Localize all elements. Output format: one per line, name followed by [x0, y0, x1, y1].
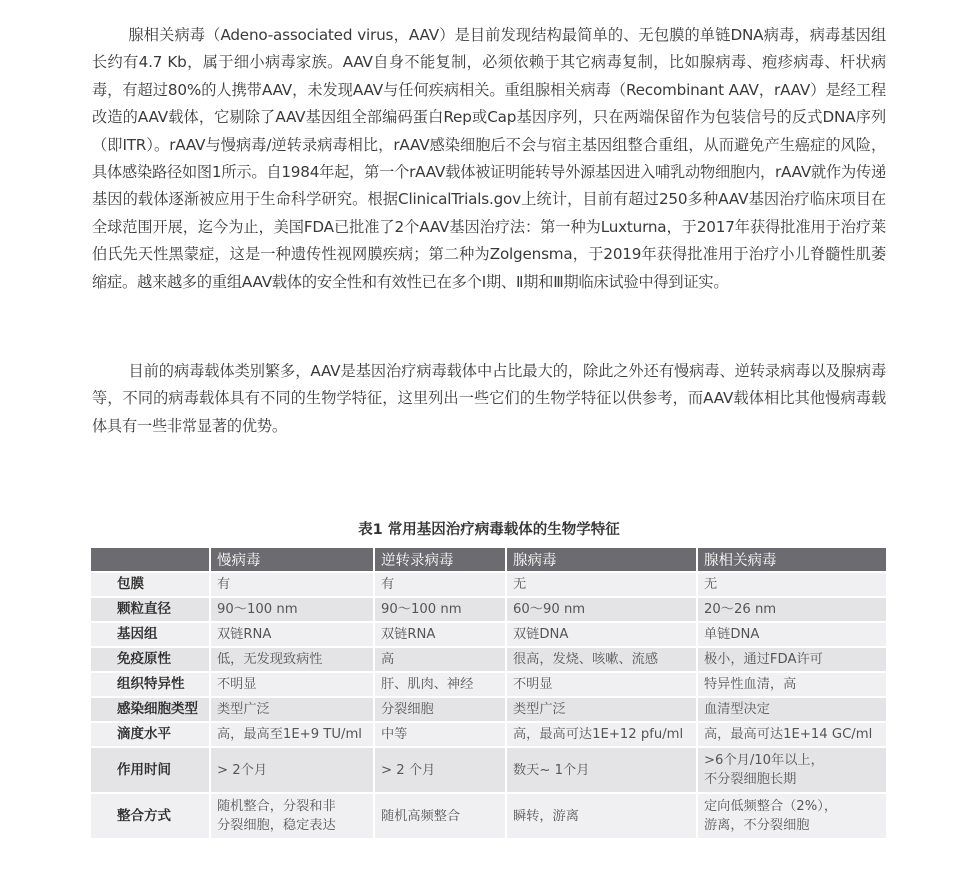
- table-cell: > 2个月: [211, 748, 375, 794]
- table-cell: 类型广泛: [211, 698, 375, 723]
- table-cell: 高，最高可达1E+14 GC/ml: [698, 723, 886, 748]
- header-aav: 腺相关病毒: [698, 548, 886, 573]
- table-cell: 中等: [375, 723, 507, 748]
- table-cell: 分裂细胞: [375, 698, 507, 723]
- table-cell: 有: [375, 573, 507, 598]
- table-cell: 60～90 nm: [507, 598, 698, 623]
- vector-comparison-table: 慢病毒 逆转录病毒 腺病毒 腺相关病毒 包膜 有 有 无 无 颗粒直径 90～1…: [91, 548, 886, 840]
- table-cell: 双链RNA: [211, 623, 375, 648]
- table-cell: 血清型决定: [698, 698, 886, 723]
- table-header-row: 慢病毒 逆转录病毒 腺病毒 腺相关病毒: [91, 548, 886, 573]
- table-cell: >6个月/10年以上， 不分裂细胞长期: [698, 748, 886, 794]
- table-cell: 单链DNA: [698, 623, 886, 648]
- row-label: 颗粒直径: [91, 598, 211, 623]
- table-row: 组织特异性 不明显 肝、肌肉、神经 不明显 特异性血清，高: [91, 673, 886, 698]
- table-row: 作用时间 > 2个月 > 2 个月 数天~ 1个月 >6个月/10年以上， 不分…: [91, 748, 886, 794]
- row-label: 感染细胞类型: [91, 698, 211, 723]
- table-cell: 20～26 nm: [698, 598, 886, 623]
- table-cell: 双链RNA: [375, 623, 507, 648]
- table-cell: 极小，通过FDA许可: [698, 648, 886, 673]
- row-label: 包膜: [91, 573, 211, 598]
- table-cell: 高: [375, 648, 507, 673]
- table-cell: 类型广泛: [507, 698, 698, 723]
- table-cell: 双链DNA: [507, 623, 698, 648]
- table-row: 感染细胞类型 类型广泛 分裂细胞 类型广泛 血清型决定: [91, 698, 886, 723]
- table-cell: 低，无发现致病性: [211, 648, 375, 673]
- table-cell: 定向低频整合（2%）， 游离，不分裂细胞: [698, 794, 886, 840]
- table-row: 免疫原性 低，无发现致病性 高 很高，发烧、咳嗽、流感 极小，通过FDA许可: [91, 648, 886, 673]
- header-adenovirus: 腺病毒: [507, 548, 698, 573]
- header-retrovirus: 逆转录病毒: [375, 548, 507, 573]
- table-cell: 不明显: [211, 673, 375, 698]
- table-row: 滴度水平 高，最高至1E+9 TU/ml 中等 高，最高可达1E+12 pfu/…: [91, 723, 886, 748]
- table-cell: 数天~ 1个月: [507, 748, 698, 794]
- table-cell: 瞬转，游离: [507, 794, 698, 840]
- table-cell: 高，最高可达1E+12 pfu/ml: [507, 723, 698, 748]
- table-cell: 肝、肌肉、神经: [375, 673, 507, 698]
- table-cell: 有: [211, 573, 375, 598]
- table-cell: 90～100 nm: [211, 598, 375, 623]
- table-cell: 很高，发烧、咳嗽、流感: [507, 648, 698, 673]
- row-label: 滴度水平: [91, 723, 211, 748]
- table-cell: 不明显: [507, 673, 698, 698]
- row-label: 免疫原性: [91, 648, 211, 673]
- header-corner: [91, 548, 211, 573]
- table-row: 包膜 有 有 无 无: [91, 573, 886, 598]
- row-label: 整合方式: [91, 794, 211, 840]
- table-cell: 随机整合，分裂和非 分裂细胞，稳定表达: [211, 794, 375, 840]
- row-label: 作用时间: [91, 748, 211, 794]
- table-cell: > 2 个月: [375, 748, 507, 794]
- table-cell: 无: [507, 573, 698, 598]
- table-cell: 无: [698, 573, 886, 598]
- table-row: 整合方式 随机整合，分裂和非 分裂细胞，稳定表达 随机高频整合 瞬转，游离 定向…: [91, 794, 886, 840]
- table-cell: 90～100 nm: [375, 598, 507, 623]
- table-cell: 高，最高至1E+9 TU/ml: [211, 723, 375, 748]
- table-row: 颗粒直径 90～100 nm 90～100 nm 60～90 nm 20～26 …: [91, 598, 886, 623]
- table-row: 基因组 双链RNA 双链RNA 双链DNA 单链DNA: [91, 623, 886, 648]
- table-caption: 表1 常用基因治疗病毒载体的生物学特征: [0, 518, 968, 539]
- table-cell: 随机高频整合: [375, 794, 507, 840]
- row-label: 基因组: [91, 623, 211, 648]
- comparison-paragraph: 目前的病毒载体类别繁多，AAV是基因治疗病毒载体中占比最大的，除此之外还有慢病毒…: [92, 358, 886, 440]
- header-lentivirus: 慢病毒: [211, 548, 375, 573]
- row-label: 组织特异性: [91, 673, 211, 698]
- intro-paragraph: 腺相关病毒（Adeno-associated virus，AAV）是目前发现结构…: [92, 22, 886, 296]
- table-cell: 特异性血清，高: [698, 673, 886, 698]
